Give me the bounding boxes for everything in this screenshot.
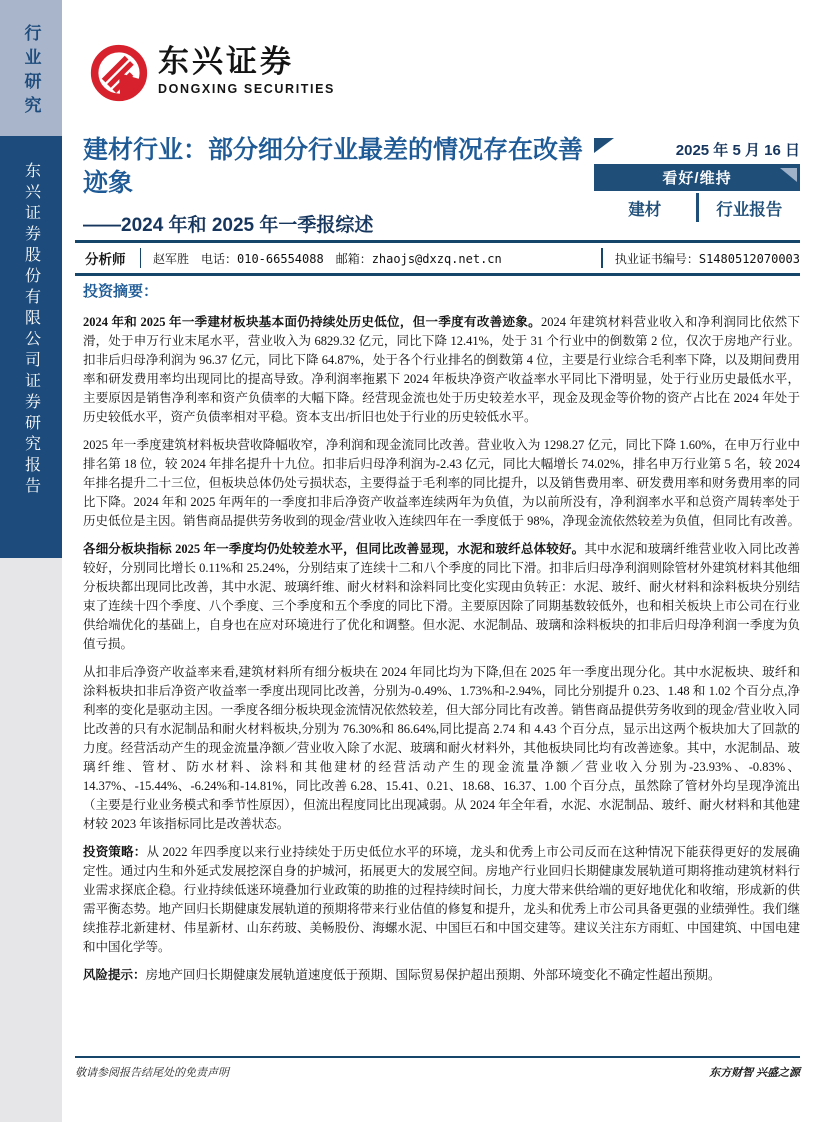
- analyst-license-number: 执业证书编号：S1480512070003: [603, 250, 800, 267]
- analyst-contact-info: 赵军胜 电话：010-66554088 邮箱：zhaojs@dxzq.net.c…: [141, 250, 601, 267]
- paragraph-lead: 风险提示：: [83, 968, 146, 982]
- summary-paragraph: 从扣非后净资产收益率来看,建筑材料所有细分板块在 2024 年同比均为下降,但在…: [83, 663, 800, 834]
- footer-slogan: 东方财智 兴盛之源: [709, 1064, 800, 1080]
- sidebar-top-band: 行业研究: [0, 0, 62, 136]
- sidebar-navy-band: 东兴证券股份有限公司证券研究报告: [0, 136, 62, 558]
- summary-paragraphs: 2024 年和 2025 年一季建材板块基本面仍持续处历史低位，但一季度有改善迹…: [83, 313, 800, 985]
- logo-text-block: 东兴证券 DONGXING SECURITIES: [158, 46, 335, 96]
- paragraph-text: 2024 年建筑材料营业收入和净利润同比依然下滑，处于申万行业末尾水平，营业收入…: [83, 315, 800, 424]
- industry-tag: 建材: [594, 193, 696, 222]
- report-page: 东兴证券 DONGXING SECURITIES 建材行业：部分细分行业最差的情…: [62, 0, 826, 1122]
- summary-paragraph: 各细分板块指标 2025 年一季度均仍处较差水平，但同比改善显现，水泥和玻纤总体…: [83, 540, 800, 654]
- sidebar-gray-band: [0, 558, 62, 1122]
- dongxing-emblem-icon: [90, 44, 148, 102]
- rating-label: 看好/维持: [662, 167, 731, 188]
- left-sidebar: 行业研究 东兴证券股份有限公司证券研究报告: [0, 0, 62, 1122]
- analyst-bar: 分析师 赵军胜 电话：010-66554088 邮箱：zhaojs@dxzq.n…: [75, 240, 800, 276]
- investment-summary-section: 投资摘要： 2024 年和 2025 年一季建材板块基本面仍持续处历史低位，但一…: [83, 280, 800, 994]
- company-logo: 东兴证券 DONGXING SECURITIES: [90, 44, 335, 102]
- summary-paragraph: 投资策略：从 2022 年四季度以来行业持续处于历史低位水平的环境，龙头和优秀上…: [83, 843, 800, 957]
- paragraph-text: 从 2022 年四季度以来行业持续处于历史低位水平的环境，龙头和优秀上市公司反而…: [83, 845, 800, 954]
- report-date: 2025 年 5 月 16 日: [676, 138, 800, 160]
- paragraph-text: 房地产回归长期健康发展轨道速度低于预期、国际贸易保护超出预期、外部环境变化不确定…: [146, 968, 721, 982]
- logo-chinese-name: 东兴证券: [158, 46, 335, 79]
- rating-banner: 看好/维持: [594, 164, 800, 191]
- paragraph-lead: 各细分板块指标 2025 年一季度均仍处较差水平，但同比改善显现，水泥和玻纤总体…: [83, 542, 584, 556]
- title-block: 建材行业：部分细分行业最差的情况存在改善迹象 ——2024 年和 2025 年一…: [83, 134, 583, 237]
- sidebar-company-label: 东兴证券股份有限公司证券研究报告: [20, 136, 43, 558]
- summary-paragraph: 风险提示：房地产回归长期健康发展轨道速度低于预期、国际贸易保护超出预期、外部环境…: [83, 966, 800, 985]
- paragraph-lead: 2024 年和 2025 年一季建材板块基本面仍持续处历史低位，但一季度有改善迹…: [83, 315, 541, 329]
- corner-triangle-icon: [594, 138, 614, 153]
- tag-row: 建材 行业报告: [594, 193, 800, 222]
- footer-disclaimer-note: 敬请参阅报告结尾处的免责声明: [75, 1064, 229, 1080]
- page-title: 建材行业：部分细分行业最差的情况存在改善迹象: [83, 134, 583, 200]
- page-footer: 敬请参阅报告结尾处的免责声明 东方财智 兴盛之源: [75, 1056, 800, 1080]
- sidebar-report-category: 行业研究: [19, 0, 44, 136]
- logo-english-name: DONGXING SECURITIES: [158, 82, 335, 96]
- paragraph-lead: 投资策略：: [83, 845, 146, 859]
- report-type-tag: 行业报告: [699, 193, 801, 222]
- report-info-box: 2025 年 5 月 16 日 看好/维持 建材 行业报告: [594, 138, 800, 222]
- report-date-row: 2025 年 5 月 16 日: [594, 138, 800, 164]
- summary-paragraph: 2025 年一季度建筑材料板块营收降幅收窄，净利润和现金流同比改善。营业收入为 …: [83, 436, 800, 531]
- summary-paragraph: 2024 年和 2025 年一季建材板块基本面仍持续处历史低位，但一季度有改善迹…: [83, 313, 800, 427]
- page-subtitle: ——2024 年和 2025 年一季报综述: [83, 210, 583, 237]
- paragraph-text: 2025 年一季度建筑材料板块营收降幅收窄，净利润和现金流同比改善。营业收入为 …: [83, 438, 800, 528]
- summary-heading: 投资摘要：: [83, 280, 800, 301]
- analyst-role-label: 分析师: [75, 248, 140, 268]
- paragraph-text: 其中水泥和玻璃纤维营业收入同比改善较好，分别同比增长 0.11%和 25.24%…: [83, 542, 800, 651]
- paragraph-text: 从扣非后净资产收益率来看,建筑材料所有细分板块在 2024 年同比均为下降,但在…: [83, 665, 800, 831]
- rating-triangle-icon: [780, 168, 797, 182]
